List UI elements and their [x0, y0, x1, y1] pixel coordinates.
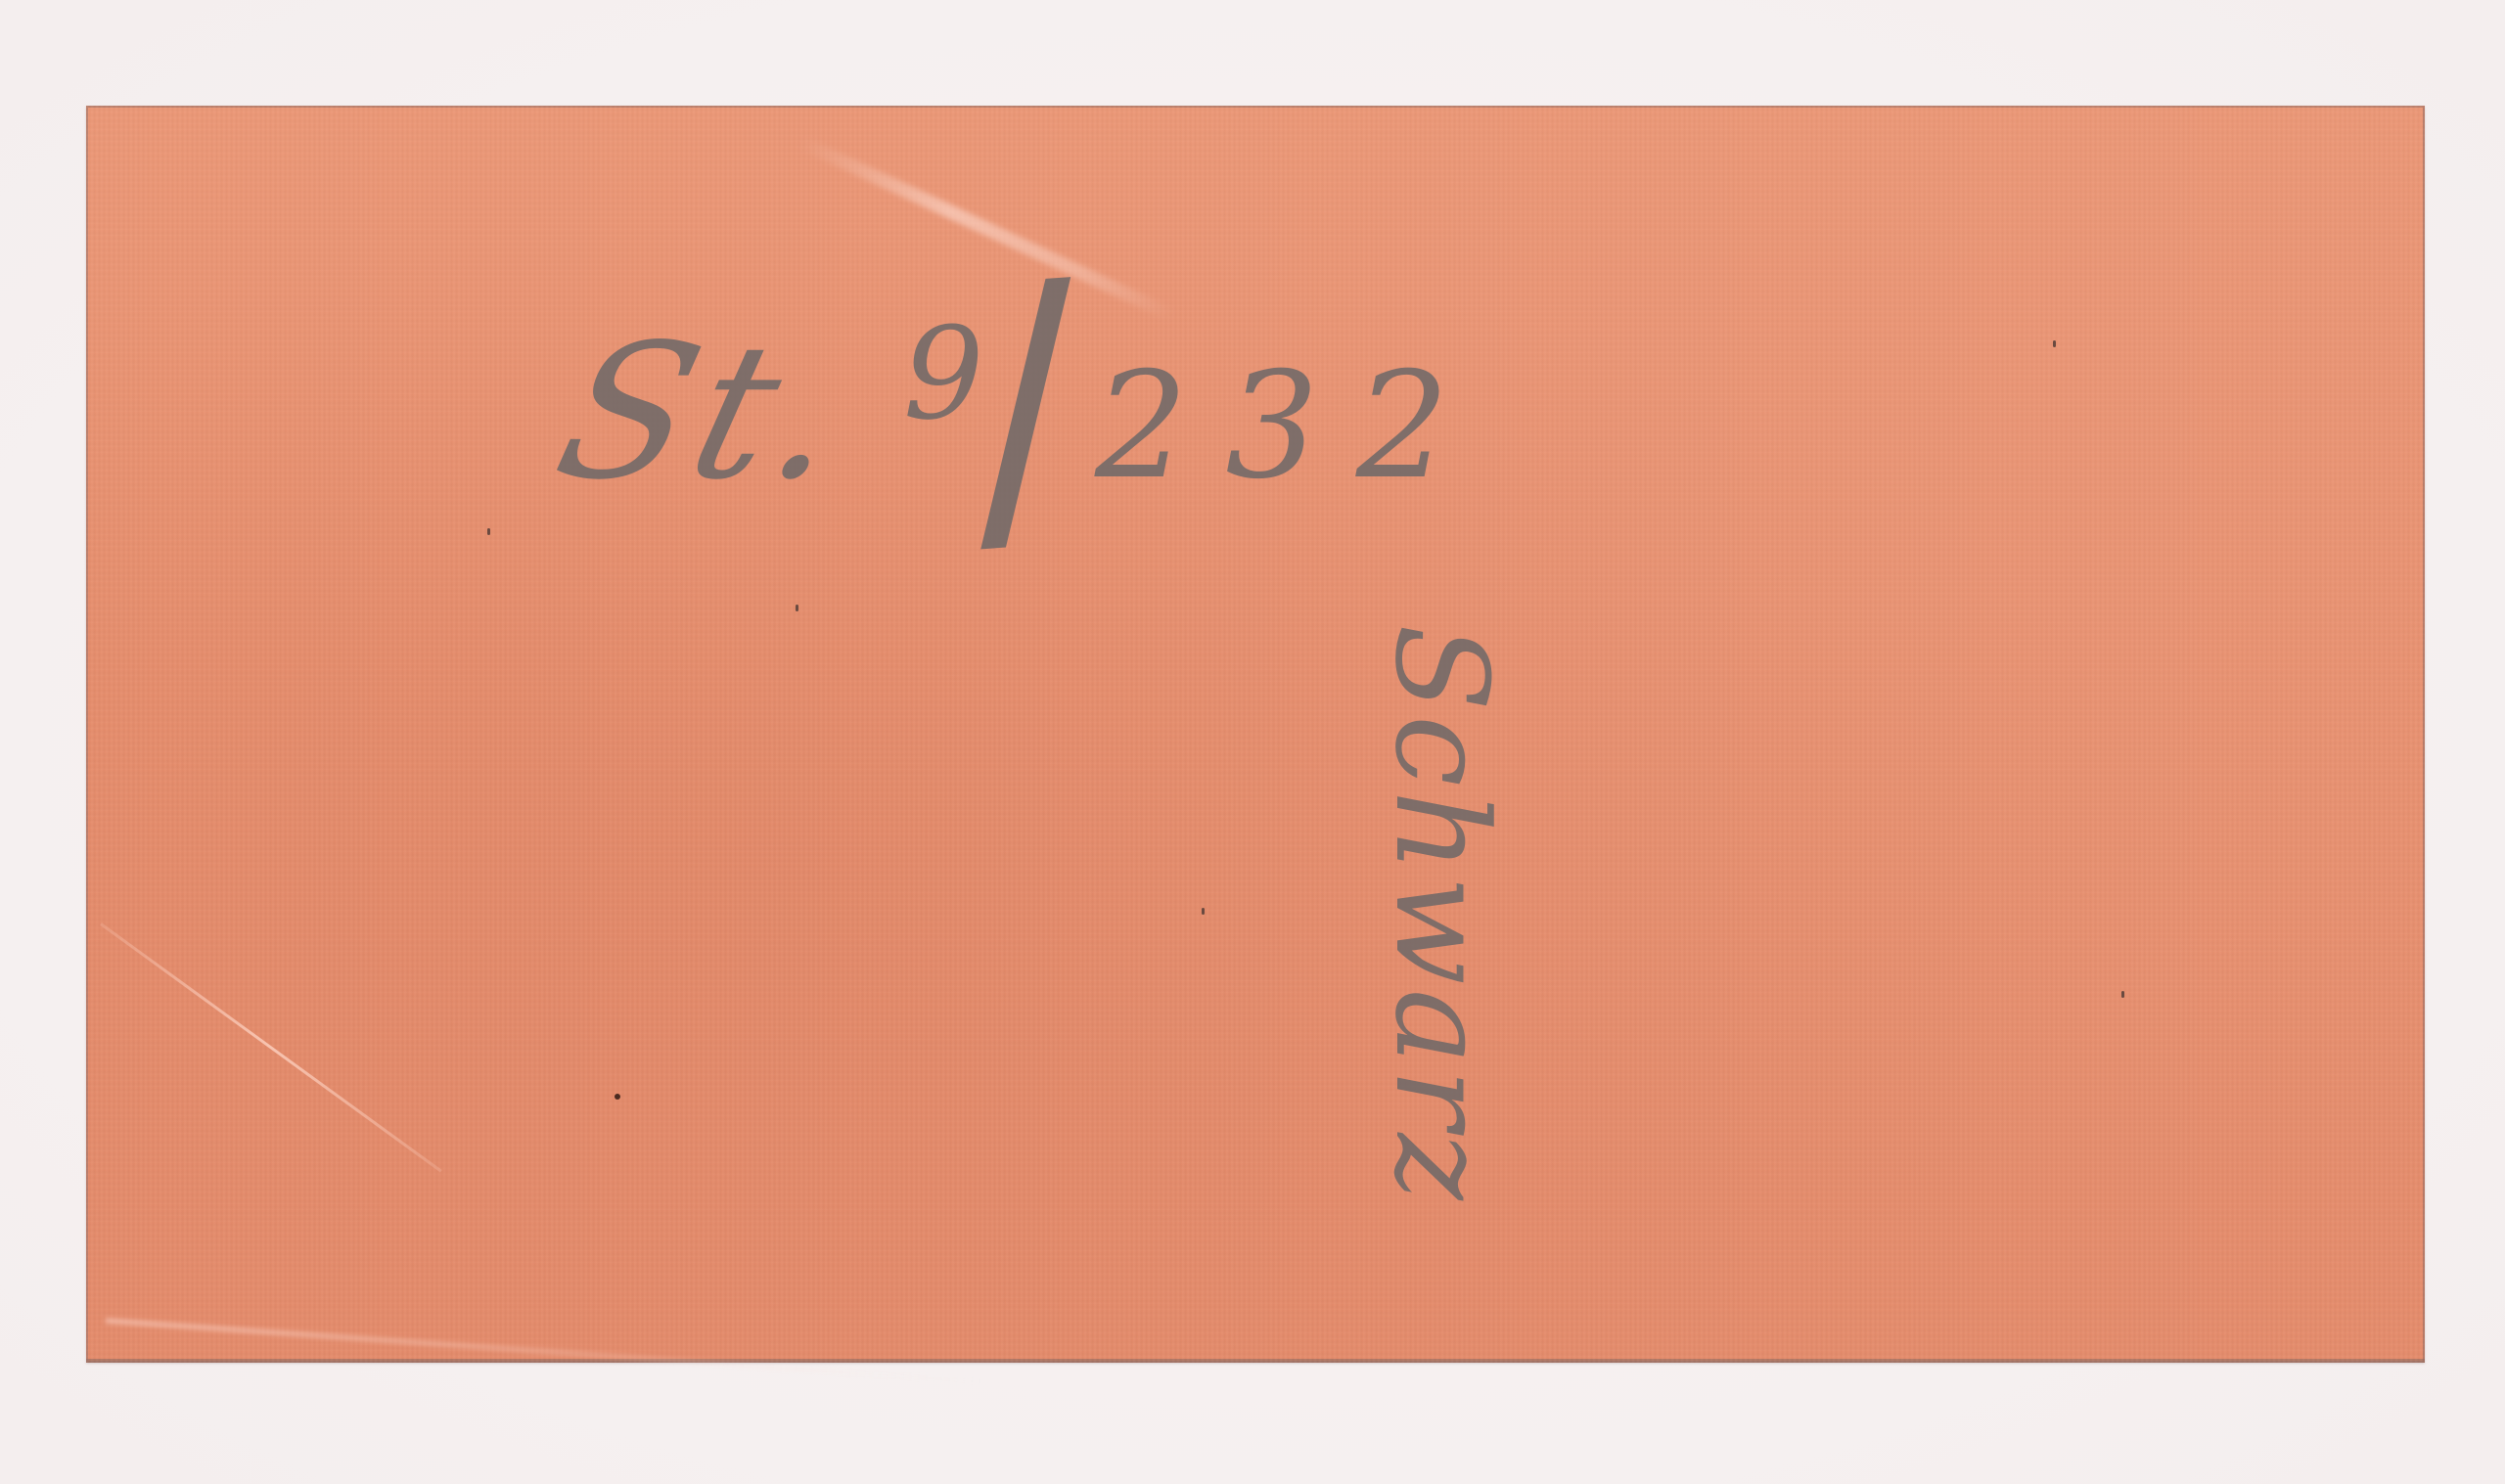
ink-speck [615, 1094, 620, 1100]
catalog-number-value: 232 [1095, 353, 1486, 500]
paper-speck [1202, 908, 1205, 915]
catalog-number: St.9/232 [566, 203, 1486, 526]
edge-wear [106, 1318, 984, 1385]
paper-speck [2121, 991, 2124, 998]
catalog-slash: / [959, 239, 1096, 568]
paper-crease [100, 922, 442, 1172]
photo-background: St.9/232 Schwarz [0, 0, 2505, 1484]
orange-paper-card: St.9/232 Schwarz [86, 106, 2425, 1363]
catalog-prefix: St. [542, 320, 867, 506]
vertical-name-note: Schwarz [1378, 624, 1505, 1204]
paper-speck [487, 528, 490, 535]
paper-speck [796, 605, 798, 611]
paper-speck [2053, 340, 2056, 347]
